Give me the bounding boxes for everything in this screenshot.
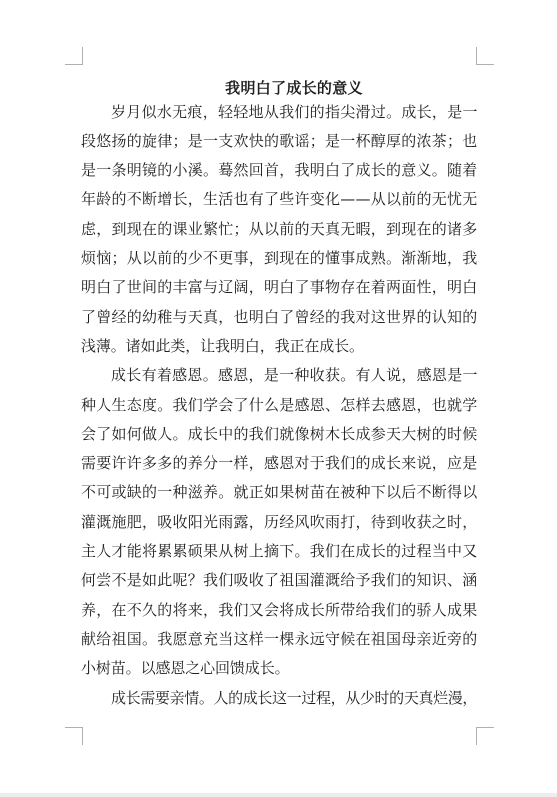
text-line: 献给祖国。我愿意充当这样一棵永远守候在祖国母亲近旁的: [81, 629, 477, 649]
text-line: 段悠扬的旋律；是一支欢快的歌谣；是一杯醇厚的浓茶；也: [81, 131, 477, 151]
text-line: 了曾经的幼稚与天真，也明白了曾经的我对这世界的认知的: [81, 307, 477, 327]
text-line: 浅薄。诸如此类，让我明白，我正在成长。: [81, 336, 477, 356]
text-line: 主人才能将累累硕果从树上摘下。我们在成长的过程当中又: [81, 541, 477, 561]
text-line: 岁月似水无痕，轻轻地从我们的指尖滑过。成长，是一: [111, 102, 477, 122]
text-line: 成长需要亲情。人的成长这一过程，从少时的天真烂漫，: [111, 688, 477, 708]
text-line: 虑，到现在的课业繁忙；从以前的天真无暇，到现在的诸多: [81, 219, 477, 239]
text-line: 是一条明镜的小溪。蓦然回首，我明白了成长的意义。随着: [81, 160, 477, 180]
text-line: 何尝不是如此呢？我们吸收了祖国灌溉给予我们的知识、涵: [81, 570, 477, 590]
text-line: 明白了世间的丰富与辽阔，明白了事物存在着两面性，明白: [81, 277, 477, 297]
bottom-edge-strip: [0, 793, 557, 797]
document-title: 我明白了成长的意义: [225, 78, 363, 98]
text-line: 灌溉施肥，吸收阳光雨露，历经风吹雨打，待到收获之时，: [81, 512, 477, 532]
document-page: 我明白了成长的意义 岁月似水无痕，轻轻地从我们的指尖滑过。成长，是一段悠扬的旋律…: [0, 0, 557, 797]
text-line: 养，在不久的将来，我们又会将成长所带给我们的骄人成果: [81, 600, 477, 620]
crop-mark-bottom-right: [476, 727, 494, 745]
text-line: 小树苗。以感恩之心回馈成长。: [81, 658, 477, 678]
crop-mark-top-right: [476, 47, 494, 65]
crop-mark-top-left: [65, 47, 83, 65]
text-line: 需要许许多多的养分一样，感恩对于我们的成长来说，应是: [81, 453, 477, 473]
crop-mark-bottom-left: [65, 727, 83, 745]
text-line: 烦恼；从以前的少不更事，到现在的懂事成熟。渐渐地，我: [81, 248, 477, 268]
text-line: 成长有着感恩。感恩，是一种收获。有人说，感恩是一: [111, 365, 477, 385]
text-line: 不可或缺的一种滋养。就正如果树苗在被种下以后不断得以: [81, 482, 477, 502]
text-line: 年龄的不断增长，生活也有了些许变化——从以前的无忧无: [81, 189, 477, 209]
text-line: 会了如何做人。成长中的我们就像树木长成参天大树的时候: [81, 424, 477, 444]
text-line: 种人生态度。我们学会了什么是感恩、怎样去感恩，也就学: [81, 395, 477, 415]
